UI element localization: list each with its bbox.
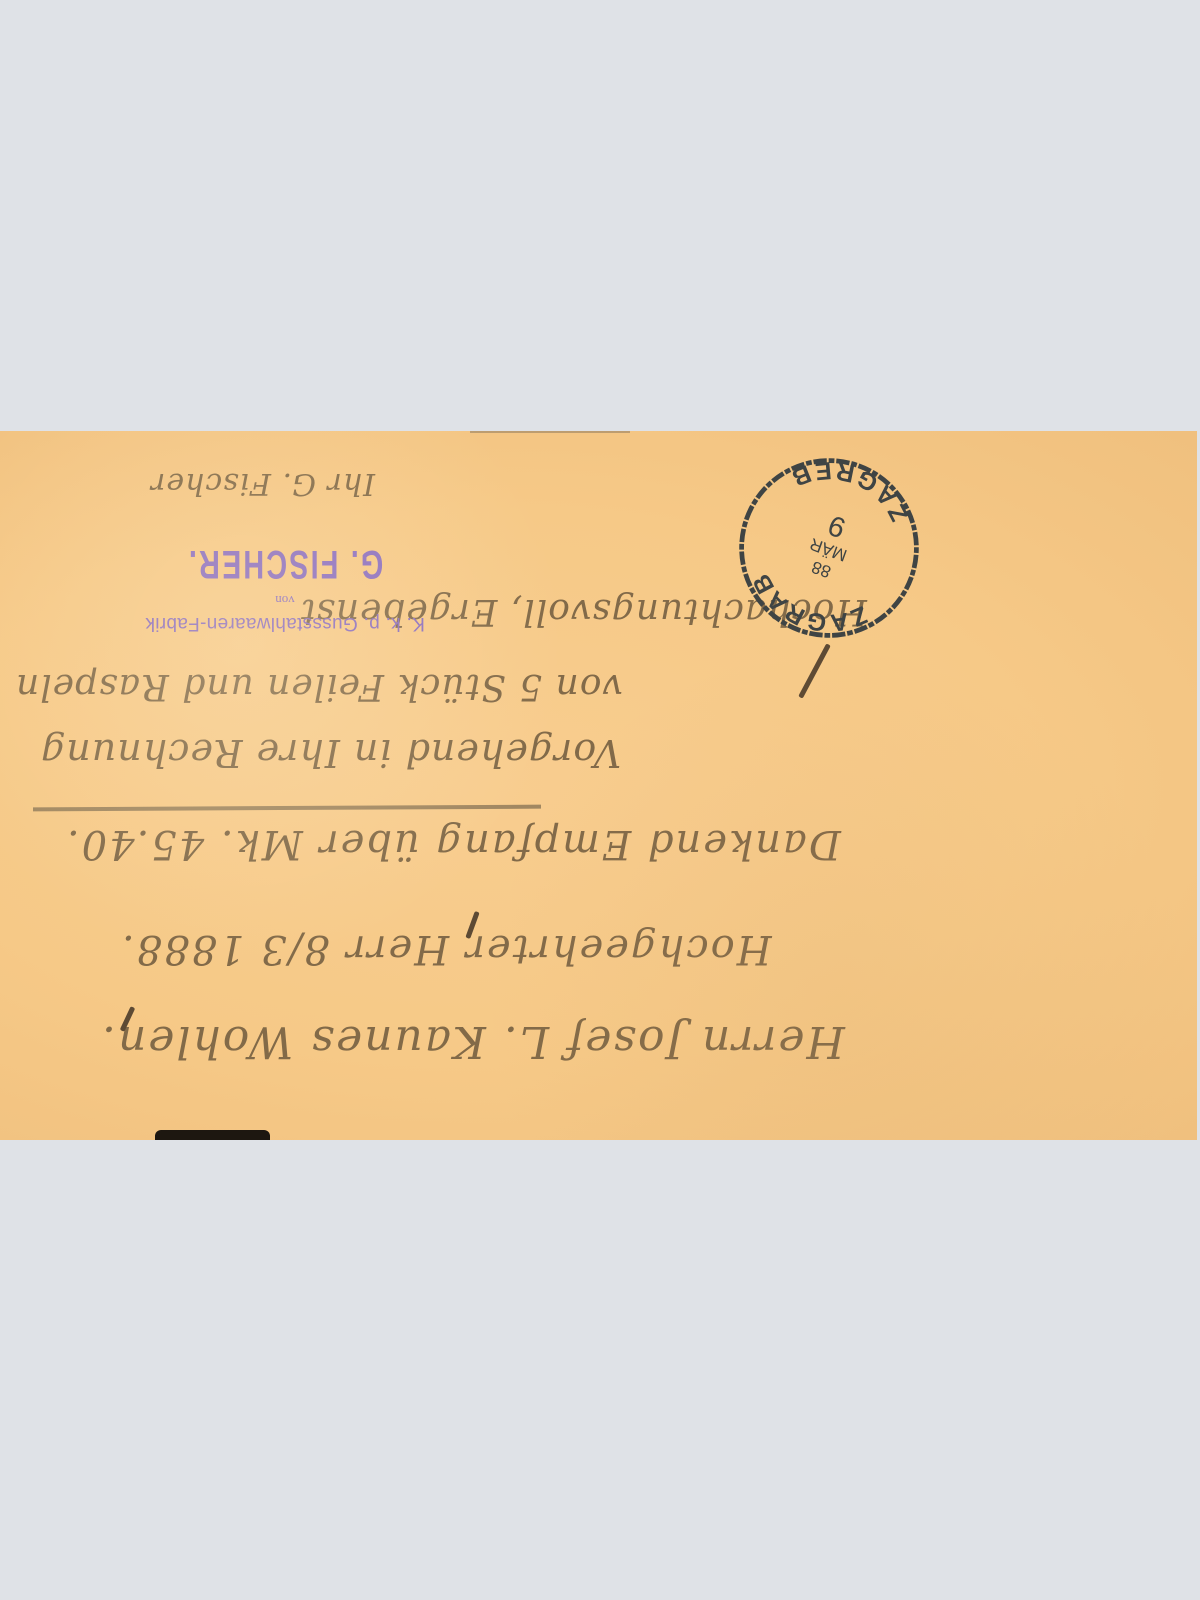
handwriting-line: Vorgehend in Ihre Rechnung [40,731,621,775]
postmark-city-bottom: ZAGREB [779,453,924,532]
handwriting-line: von 5 Stück Feilen und Raspeln [15,666,623,707]
svg-text:ZAGREB: ZAGREB [779,453,924,532]
postcard: Herrn Josef L. Kaunes Wohlen. Hochgeehrt… [0,431,1197,1140]
handwriting-signature: Ihr G. Fischer [150,466,375,501]
card-edge-mark [470,431,630,433]
pen-stroke [798,643,831,698]
ink-blot [155,1130,270,1140]
handwriting-line: Hochgeehrter Herr 8/3 1888. [120,926,772,972]
company-stamp: K. k. p. Gussstahlwaaren-Fabrik von G. F… [120,541,450,634]
handwriting-line: Herrn Josef L. Kaunes Wohlen. [100,1016,845,1067]
postmark-day: 9 [824,508,850,543]
stamp-von-line: von [120,592,450,608]
stamp-name-line: G. FISCHER. [166,541,404,586]
handwritten-underline [33,805,541,812]
handwriting-line: Dankend Empfang über Mk. 45.40. [65,821,841,867]
stamp-company-line: K. k. p. Gussstahlwaaren-Fabrik [120,612,450,634]
postmark: ZAGRAB ZAGREB 88 MÄR 9 [734,453,924,643]
